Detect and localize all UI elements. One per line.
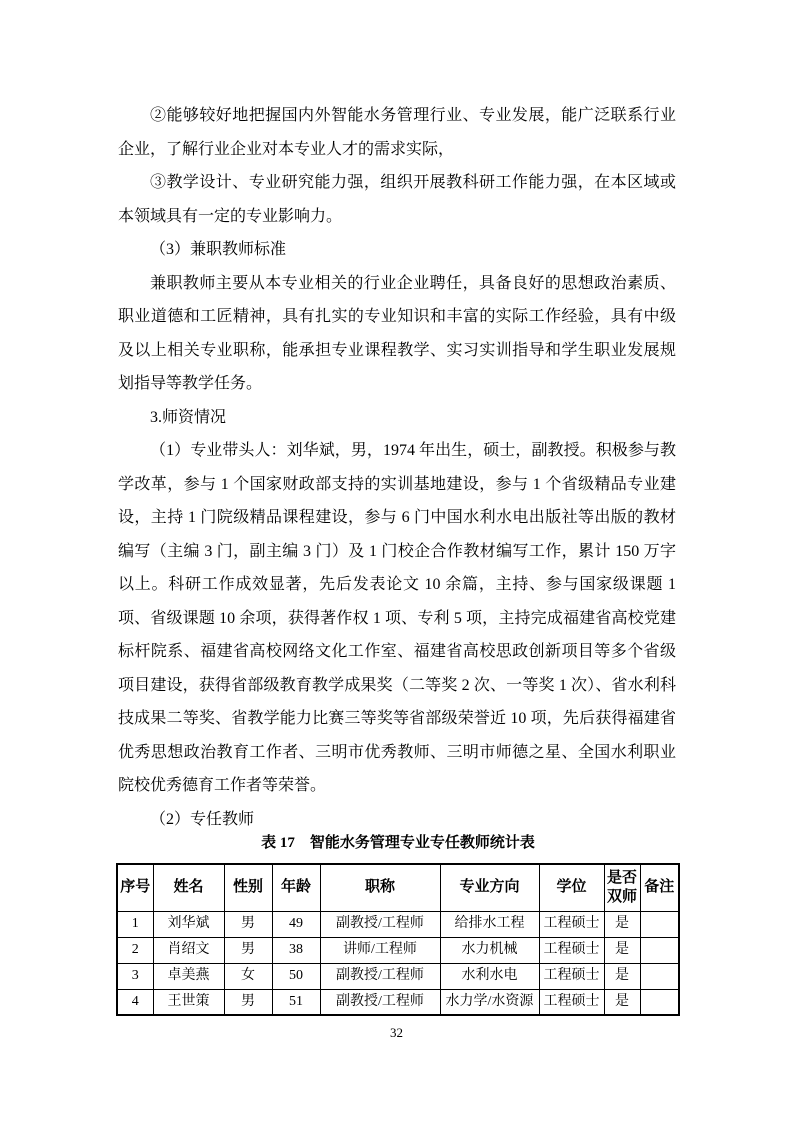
table-cell	[640, 989, 679, 1015]
table-cell: 2	[117, 937, 153, 963]
document-page: ②能够较好地把握国内外智能水务管理行业、专业发展，能广泛联系行业企业，了解行业企…	[0, 0, 793, 1122]
table-title: 表 17 智能水务管理专业专任教师统计表	[118, 833, 678, 854]
table-cell: 副教授/工程师	[320, 911, 440, 937]
table-cell: 副教授/工程师	[320, 989, 440, 1015]
table-cell	[640, 911, 679, 937]
column-header: 姓名	[153, 864, 224, 911]
column-header: 职称	[320, 864, 440, 911]
paragraph: （3）兼职教师标准	[118, 233, 676, 267]
table-cell: 工程硕士	[539, 989, 604, 1015]
paragraph: ③教学设计、专业研究能力强，组织开展教科研工作能力强，在本区域或本领域具有一定的…	[118, 166, 676, 233]
table-cell: 工程硕士	[539, 937, 604, 963]
column-header: 年龄	[272, 864, 320, 911]
table-cell: 4	[117, 989, 153, 1015]
table-cell: 讲师/工程师	[320, 937, 440, 963]
table-cell: 是	[604, 963, 640, 989]
table-row: 1刘华斌男49副教授/工程师给排水工程工程硕士是	[117, 911, 679, 937]
table-cell: 水利水电	[440, 963, 539, 989]
table-cell: 是	[604, 937, 640, 963]
paragraph: 3.师资情况	[118, 401, 676, 435]
column-header: 性别	[224, 864, 272, 911]
table-cell: 是	[604, 911, 640, 937]
table-cell: 1	[117, 911, 153, 937]
table-header-row: 序号姓名性别年龄职称专业方向学位是否双师备注	[117, 864, 679, 911]
table-cell: 51	[272, 989, 320, 1015]
table-cell: 3	[117, 963, 153, 989]
table-cell: 肖绍文	[153, 937, 224, 963]
paragraph: 兼职教师主要从本专业相关的行业企业聘任，具备良好的思想政治素质、职业道德和工匠精…	[118, 267, 676, 401]
table-body: 1刘华斌男49副教授/工程师给排水工程工程硕士是2肖绍文男38讲师/工程师水力机…	[117, 911, 679, 1015]
paragraph: （2）专任教师	[118, 803, 676, 837]
table-cell: 男	[224, 911, 272, 937]
paragraph: （1）专业带头人：刘华斌，男，1974 年出生，硕士，副教授。积极参与教学改革，…	[118, 434, 676, 803]
table-row: 3卓美燕女50副教授/工程师水利水电工程硕士是	[117, 963, 679, 989]
table-cell: 王世策	[153, 989, 224, 1015]
teacher-statistics-table: 序号姓名性别年龄职称专业方向学位是否双师备注 1刘华斌男49副教授/工程师给排水…	[116, 863, 680, 1016]
table-cell: 38	[272, 937, 320, 963]
table-cell: 水力机械	[440, 937, 539, 963]
table-cell: 女	[224, 963, 272, 989]
table-cell: 男	[224, 989, 272, 1015]
table-cell: 水力学/水资源	[440, 989, 539, 1015]
body-text: ②能够较好地把握国内外智能水务管理行业、专业发展，能广泛联系行业企业，了解行业企…	[118, 99, 676, 836]
table-cell: 卓美燕	[153, 963, 224, 989]
table-cell: 工程硕士	[539, 911, 604, 937]
column-header: 专业方向	[440, 864, 539, 911]
table-header: 序号姓名性别年龄职称专业方向学位是否双师备注	[117, 864, 679, 911]
column-header: 序号	[117, 864, 153, 911]
table-cell: 刘华斌	[153, 911, 224, 937]
table-cell: 50	[272, 963, 320, 989]
table-cell: 工程硕士	[539, 963, 604, 989]
table-row: 2肖绍文男38讲师/工程师水力机械工程硕士是	[117, 937, 679, 963]
column-header: 学位	[539, 864, 604, 911]
paragraph: ②能够较好地把握国内外智能水务管理行业、专业发展，能广泛联系行业企业，了解行业企…	[118, 99, 676, 166]
column-header: 是否双师	[604, 864, 640, 911]
page-number: 32	[0, 1024, 793, 1042]
column-header: 备注	[640, 864, 679, 911]
table-cell: 男	[224, 937, 272, 963]
table-cell: 49	[272, 911, 320, 937]
table-section: 表 17 智能水务管理专业专任教师统计表 序号姓名性别年龄职称专业方向学位是否双…	[118, 833, 678, 1016]
table-cell	[640, 937, 679, 963]
table-cell: 给排水工程	[440, 911, 539, 937]
table-cell: 是	[604, 989, 640, 1015]
table-cell: 副教授/工程师	[320, 963, 440, 989]
table-row: 4王世策男51副教授/工程师水力学/水资源工程硕士是	[117, 989, 679, 1015]
table-cell	[640, 963, 679, 989]
